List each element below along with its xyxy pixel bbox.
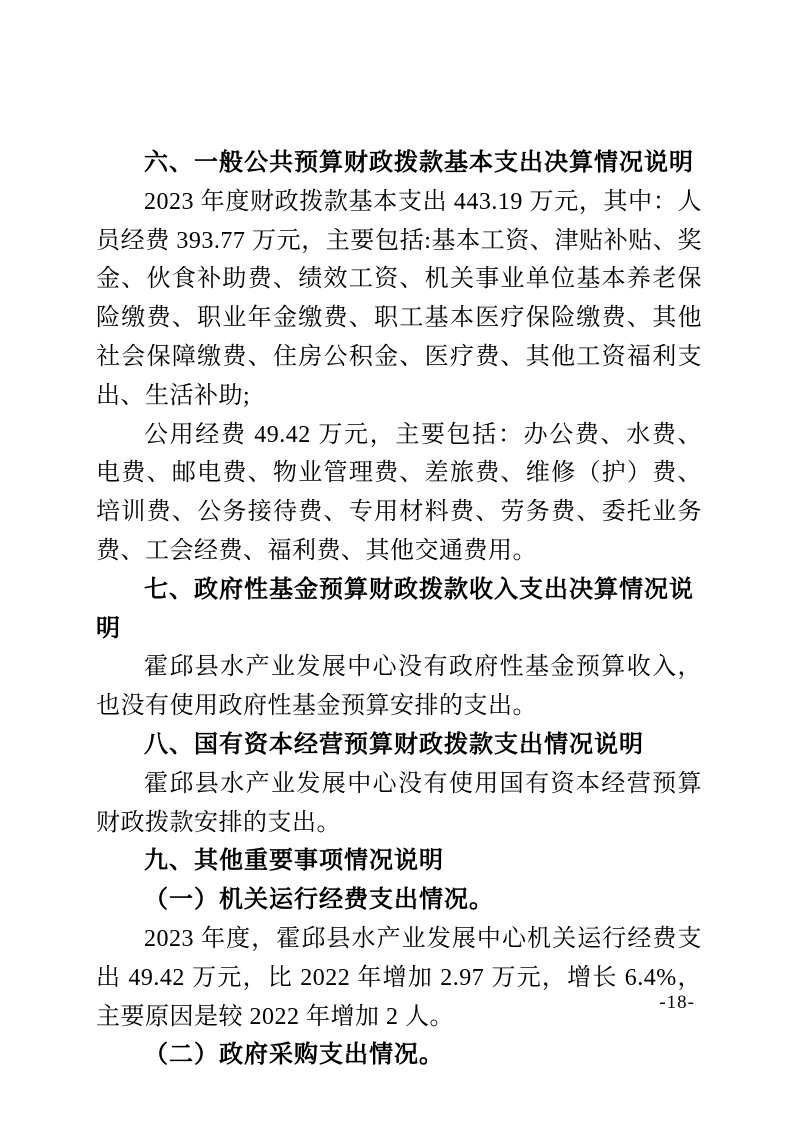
section-heading-eight-state-capital: 八、国有资本经营预算财政拨款支出情况说明 <box>96 726 702 765</box>
paragraph-public-funds: 公用经费 49.42 万元，主要包括：办公费、水费、电费、邮电费、物业管理费、差… <box>96 416 702 571</box>
section-heading-six-basic-expenditure: 六、一般公共预算财政拨款基本支出决算情况说明 <box>96 144 702 183</box>
document-content: 六、一般公共预算财政拨款基本支出决算情况说明 2023 年度财政拨款基本支出 4… <box>96 144 702 1075</box>
section-heading-seven-gov-fund-budget: 七、政府性基金预算财政拨款收入支出决算情况说明 <box>96 571 702 649</box>
subheading-gov-procurement: （二）政府采购支出情况。 <box>96 1036 702 1075</box>
paragraph-agency-operating-expense: 2023 年度，霍邱县水产业发展中心机关运行经费支出 49.42 万元，比 20… <box>96 920 702 1036</box>
paragraph-personnel-funds: 2023 年度财政拨款基本支出 443.19 万元，其中：人员经费 393.77… <box>96 183 702 416</box>
section-heading-nine-other-matters: 九、其他重要事项情况说明 <box>96 842 702 881</box>
page-number: -18- <box>659 992 695 1014</box>
paragraph-gov-fund-budget: 霍邱县水产业发展中心没有政府性基金预算收入，也没有使用政府性基金预算安排的支出。 <box>96 648 702 726</box>
paragraph-state-capital: 霍邱县水产业发展中心没有使用国有资本经营预算财政拨款安排的支出。 <box>96 765 702 843</box>
document-page: 六、一般公共预算财政拨款基本支出决算情况说明 2023 年度财政拨款基本支出 4… <box>0 0 793 1122</box>
subheading-agency-operating-expense: （一）机关运行经费支出情况。 <box>96 881 702 920</box>
